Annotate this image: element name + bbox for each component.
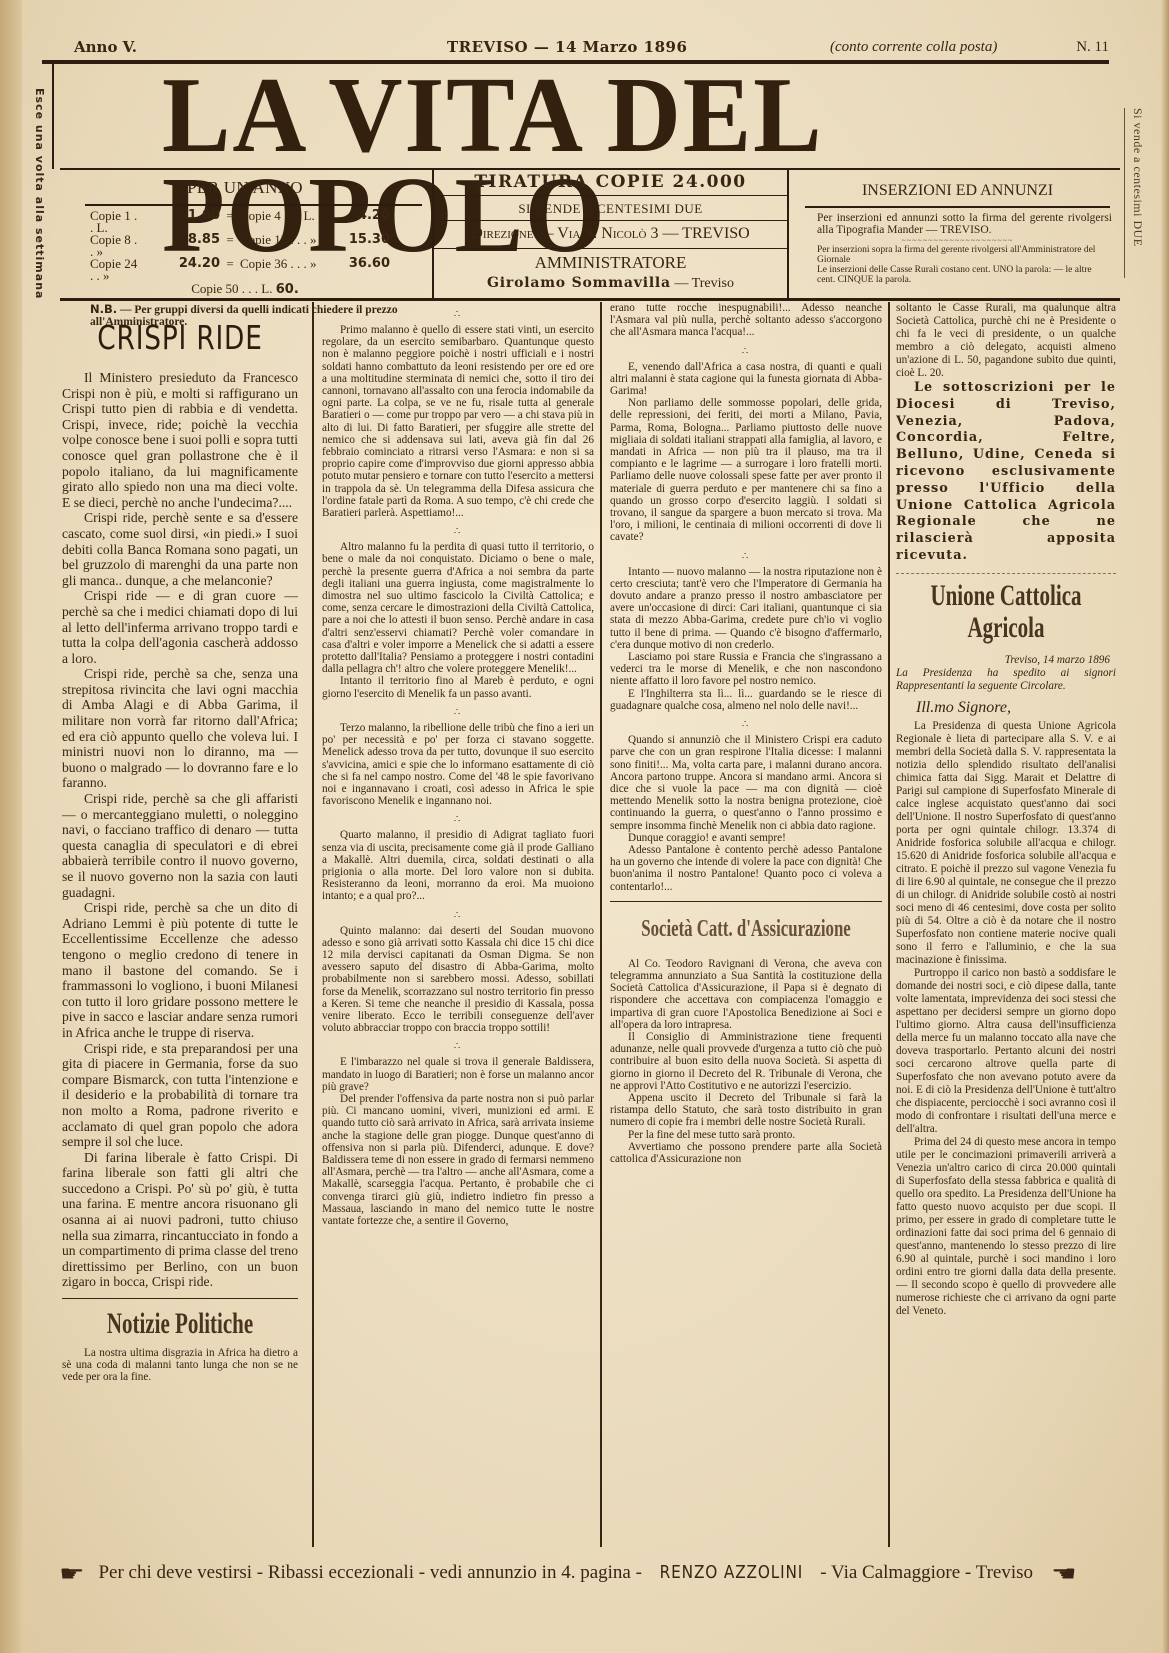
divider-rule [896, 573, 1116, 574]
article-paragraph: Al Co. Teodoro Ravignani di Verona, che … [610, 958, 882, 1031]
pointing-hand-icon: ☛ [59, 1559, 85, 1589]
article-paragraph: Terzo malanno, la ribellione delle tribù… [322, 722, 594, 807]
separator-icon: ∴ [610, 552, 882, 562]
price-row-50: Copie 50 . . . L. 60. [60, 282, 430, 297]
advertising-text: Le inserzioni delle Casse Rurali costano… [795, 265, 1120, 285]
price-note: SI VENDE A CENTESIMI DUE [434, 196, 787, 221]
separator-icon: ∴ [322, 1042, 594, 1052]
advert-brand: RENZO AZZOLINI [659, 1558, 803, 1588]
print-run-box: TIRATURA COPIE 24.000 SI VENDE A CENTESI… [432, 170, 789, 298]
advert-text: Per chi deve vestirsi - Ribassi eccezion… [98, 1562, 641, 1583]
price-row: Copie 1 . . L. 1.60 = Copie 4 . . . L. 4… [60, 210, 430, 234]
subscription-title: PER UN ANNO [60, 176, 430, 198]
administrator-label: AMMINISTRATORE [434, 249, 787, 273]
subscription-box: PER UN ANNO Copie 1 . . L. 1.60 = Copie … [60, 176, 430, 298]
article-paragraph: Del prender l'offensiva da parte nostra … [322, 1093, 594, 1227]
divider-rule [610, 901, 882, 902]
article-headline: CRISPI RIDE [86, 320, 275, 356]
article-paragraph: Dunque coraggio! e avanti sempre! [610, 832, 882, 844]
separator-icon: ∴ [322, 310, 594, 320]
article-paragraph: Crispi ride — e di gran cuore — perchè s… [62, 588, 298, 666]
volume-year: Anno V. [74, 38, 137, 56]
city-date: TREVISO — 14 Marzo 1896 [447, 38, 687, 56]
administrator-name: Girolamo Sommavilla — Treviso [434, 273, 787, 292]
advertising-box: INSERZIONI ED ANNUNZI Per inserzioni ed … [795, 176, 1120, 298]
column-4: soltanto le Casse Rurali, ma qualunque a… [888, 302, 1116, 1547]
article-paragraph: Intanto il territorio fino al Mareb è pe… [322, 675, 594, 699]
article-paragraph: Crispi ride, perchè sa che un dito di Ad… [62, 900, 298, 1040]
article-paragraph: Crispi ride, perchè sente e sa d'essere … [62, 510, 298, 588]
newspaper-page: Anno V. TREVISO — 14 Marzo 1896 (conto c… [0, 0, 1169, 1653]
article-paragraph: Quinto malanno: dai deserti del Soudan m… [322, 925, 594, 1035]
article-paragraph: Purtroppo il carico non bastò a soddisfa… [896, 967, 1116, 1136]
article-paragraph: Crispi ride, perchè sa che gli affaristi… [62, 791, 298, 900]
paper-edge-right [1161, 0, 1169, 1653]
article-paragraph: Quando si annunziò che il Ministero Cris… [610, 734, 882, 832]
print-run: TIRATURA COPIE 24.000 [434, 170, 787, 196]
article-paragraph: Non parliamo delle sommosse popolari, de… [610, 397, 882, 543]
price-row: Copie 8 . . » 8.85 = Copie 15 . . . » 15… [60, 234, 430, 258]
editorial-address: Direzione — Via S. Nicolò 3 — TREVISO [434, 221, 787, 249]
article-paragraph: Crispi ride, e sta preparandosi per una … [62, 1041, 298, 1150]
side-note-left: Esce una volta alla settimana [24, 88, 50, 288]
divider-rule [85, 204, 422, 206]
article-paragraph: La nostra ultima disgrazia in Africa ha … [62, 1347, 298, 1384]
advertising-text: Per inserzioni sopra la firma del gerent… [795, 245, 1120, 265]
column-3: erano tutte rocche inespugnabili!... Ade… [600, 302, 882, 1547]
article-paragraph: Di farina liberale è fatto Crispi. Di fa… [62, 1150, 298, 1290]
separator-icon: ∴ [322, 911, 594, 921]
separator-icon: ∴ [322, 708, 594, 718]
separator-icon: ∴ [322, 815, 594, 825]
section-headline: Notizie Politiche [97, 1307, 262, 1341]
divider-rule [805, 206, 1110, 208]
article-paragraph: Altro malanno fu la perdita di quasi tut… [322, 541, 594, 675]
divider-rule [62, 1298, 298, 1299]
section-headline: Società Catt. d'Assicurazione [630, 916, 862, 942]
article-paragraph: soltanto le Casse Rurali, ma qualunque a… [896, 302, 1116, 380]
article-paragraph: E, venendo dall'Africa a casa nostra, di… [610, 361, 882, 398]
article-paragraph: Appena uscito il Decreto del Tribunale s… [610, 1092, 882, 1129]
article-paragraph: Crispi ride, perchè sa che, senza una st… [62, 666, 298, 791]
price-row: Copie 24 . . » 24.20 = Copie 36 . . . » … [60, 258, 430, 282]
circular-intro: La Presidenza ha spedito ai signori Rapp… [896, 667, 1116, 693]
article-paragraph: Adesso Pantalone è contento perchè adess… [610, 844, 882, 893]
salutation: Ill.mo Signore, [896, 701, 1116, 714]
paper-edge-left [0, 0, 22, 1653]
article-paragraph: Il Ministero presieduto da Francesco Cri… [62, 370, 298, 510]
article-paragraph: La Presidenza di questa Unione Agricola … [896, 720, 1116, 967]
advertising-text: Per inserzioni ed annunzi sotto la firma… [795, 212, 1120, 236]
separator-icon: ∴ [610, 347, 882, 357]
article-paragraph: Avvertiamo che possono prendere parte al… [610, 1141, 882, 1165]
article-paragraph: Primo malanno è quello di essere stati v… [322, 324, 594, 519]
column-2: ∴ Primo malanno è quello di essere stati… [312, 302, 594, 1547]
advertising-title: INSERZIONI ED ANNUNZI [795, 176, 1120, 200]
ornament-squiggle: ~~~~~~~~~~~~~~~~~~~~~ [795, 236, 1120, 245]
advert-address: - Via Calmaggiore - Treviso [820, 1562, 1033, 1583]
subscription-notice: Le sottoscrizioni per le Diocesi di Trev… [896, 380, 1116, 565]
article-paragraph: E l'imbarazzo nel quale si trova il gene… [322, 1056, 594, 1093]
separator-icon: ∴ [610, 720, 882, 730]
article-paragraph: Lasciamo poi stare Russia e Francia che … [610, 651, 882, 688]
separator-icon: ∴ [322, 527, 594, 537]
section-headline: Unione Cattolica Agricola [908, 580, 1104, 644]
issue-number: N. 11 [1076, 39, 1109, 56]
article-paragraph: Prima del 24 di questo mese ancora in te… [896, 1136, 1116, 1318]
article-paragraph: erano tutte rocche inespugnabili!... Ade… [610, 302, 882, 339]
article-paragraph: Quarto malanno, il presidio di Adigrat t… [322, 829, 594, 902]
info-band: PER UN ANNO Copie 1 . . L. 1.60 = Copie … [60, 168, 1120, 298]
article-paragraph: E l'Inghilterra sta lì... lì... guardand… [610, 688, 882, 712]
pointing-hand-icon: ☛ [1051, 1559, 1077, 1589]
footer-advert: ☛ Per chi deve vestirsi - Ribassi eccezi… [62, 1558, 1142, 1588]
circular-date: Treviso, 14 marzo 1896 [896, 654, 1116, 667]
postal-note: (conto corrente colla posta) [830, 39, 997, 56]
article-paragraph: Intanto — nuovo malanno — la nostra ripu… [610, 566, 882, 651]
masthead: LA VITA DEL POPOLO [52, 64, 1142, 169]
article-paragraph: Il Consiglio di Amministrazione tiene fr… [610, 1031, 882, 1092]
column-1: CRISPI RIDE Il Ministero presieduto da F… [62, 302, 298, 1547]
article-paragraph: Per la fine del mese tutto sarà pronto. [610, 1129, 882, 1141]
